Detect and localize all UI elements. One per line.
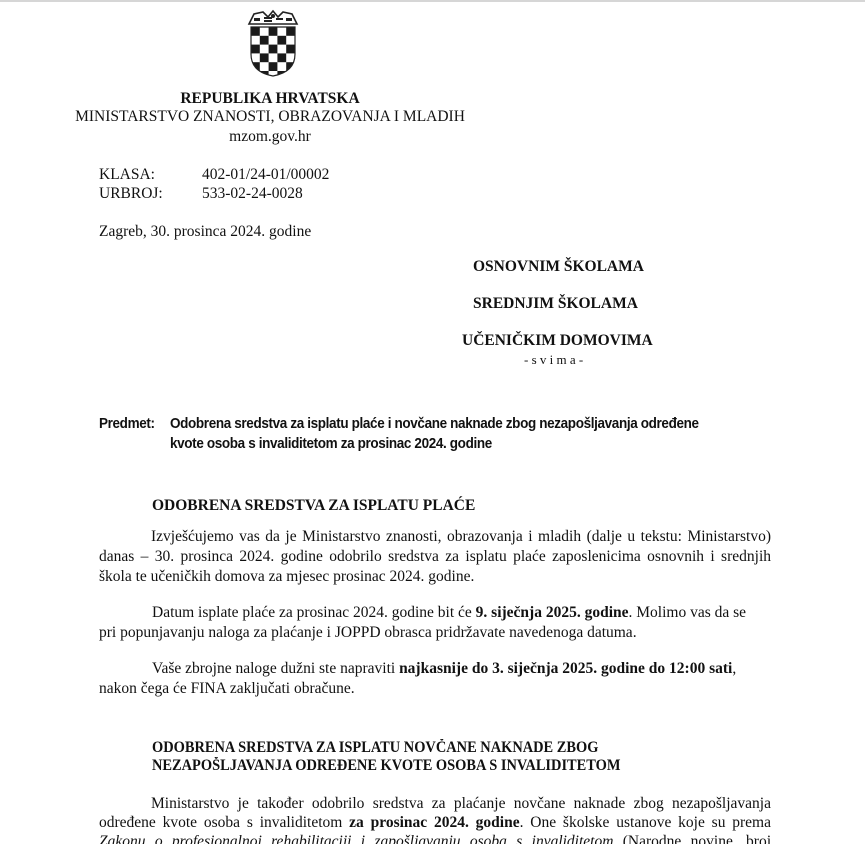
section1-p1-line3: škola te učeničkih domova za mjesec pros… [99,566,474,587]
section1-p3-line1: Vaše zbrojne naloge dužni ste napraviti … [152,658,736,679]
pay-date-text-end: . Molimo vas da se [629,604,747,621]
klasa-label: KLASA: [99,164,155,185]
section2-p1-line1: Ministarstvo je također odobrilo sredstv… [99,793,771,814]
recipient-secondary-schools: SREDNJIM ŠKOLAMA [473,295,638,313]
klasa-value: 402-01/24-01/00002 [202,164,329,185]
law-reference: (Narodne novine, broj [613,833,771,844]
section1-p3-line2: nakon čega će FINA zaključati obračune. [99,678,355,699]
recipients-note: - s v i m a - [524,352,583,368]
section1-p2-line1: Datum isplate plaće za prosinac 2024. go… [152,602,746,623]
place-date: Zagreb, 30. prosinca 2024. godine [99,221,311,242]
section1-heading: ODOBRENA SREDSTVA ZA ISPLATU PLAĆE [152,497,475,515]
section2-p1-line3: Zakonu o profesionalnoj rehabilitaciji i… [99,831,771,844]
quota-period: za prosinac 2024. godine [349,814,519,831]
section1-p2-line2: pri popunjavanju naloga za plaćanje i JO… [99,622,637,643]
pay-date: 9. siječnja 2025. godine [476,604,629,621]
recipient-primary-schools: OSNOVNIM ŠKOLAMA [473,258,644,276]
deadline: najkasnije do 3. siječnja 2025. godine d… [399,660,732,677]
urbroj-value: 533-02-24-0028 [202,183,303,204]
section2-heading-line2: NEZAPOŠLJAVANJA ODREĐENE KVOTE OSOBA S I… [152,757,620,775]
recipient-student-dormitories: UČENIČKIM DOMOVIMA [462,332,653,350]
quota-text-end: . One školske ustanove koje su prema [520,814,771,831]
deadline-text: Vaše zbrojne naloge dužni ste napraviti [152,660,399,677]
pay-date-text: Datum isplate plaće za prosinac 2024. go… [152,604,476,621]
ministry-website: mzom.gov.hr [0,128,540,146]
law-title: Zakonu o profesionalnoj rehabilitaciji i… [99,833,613,844]
section1-p1-line1: Izvješćujemo vas da je Ministarstvo znan… [99,526,771,547]
subject-line-1: Odobrena sredstva za isplatu plaće i nov… [170,415,699,432]
subject-label: Predmet: [99,415,155,432]
section2-p1-line2: određene kvote osoba s invaliditetom za … [99,812,771,833]
urbroj-label: URBROJ: [99,183,163,204]
ministry-name: MINISTARSTVO ZNANOSTI, OBRAZOVANJA I MLA… [0,108,540,126]
section2-heading-line1: ODOBRENA SREDSTVA ZA ISPLATU NOVČANE NAK… [152,739,598,757]
section1-p1-line2: danas – 30. prosinca 2024. godine odobri… [99,546,771,567]
country-name: REPUBLIKA HRVATSKA [0,90,540,108]
subject-line-2: kvote osoba s invaliditetom za prosinac … [170,435,492,452]
croatian-coat-of-arms-icon [246,8,300,78]
quota-text: određene kvote osoba s invaliditetom [99,814,349,831]
viewer-top-border [0,0,865,2]
deadline-text-end: , [732,660,736,677]
